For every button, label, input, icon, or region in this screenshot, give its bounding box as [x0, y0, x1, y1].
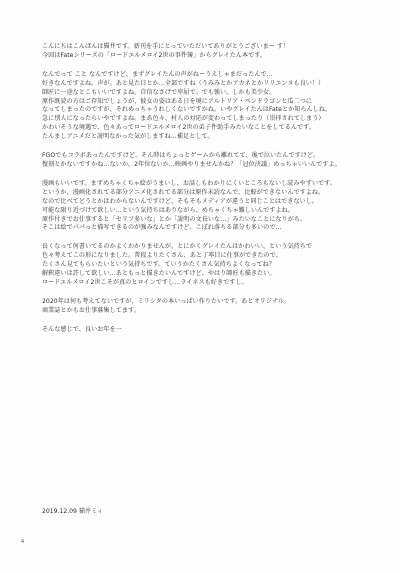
page-number: 4 [21, 539, 24, 545]
text-line: 解釈違いは許して欲しい…あともっと描きたいんですけど、やはり師匠も描きたい。 [42, 270, 382, 279]
text-line: 長くなって何書いてるのかよくわかりませんが、とにかくグレイたんはかわいい、という… [42, 243, 382, 252]
text-line: 2020年は何も考えてないですが、ミリシタの本いっぱい作りたいです。あとオリジナ… [42, 298, 382, 307]
text-line: 師匠に一途なとこもいいですよね。自信なさげで卑屈で。でも強い。しかも美少女。 [42, 89, 382, 98]
text-line: 急に別人になったらいやですよね。まあ色々、村人の対応が変わってしまったり（崇拝さ… [42, 115, 382, 124]
text-line: 復刻とかないですかね…ないか。2年位ないか…映画やりませんかね？「冠位決議」めっ… [42, 161, 382, 170]
text-line: 今回はFateシリーズの「ロードエルメロイ2世の事件簿」からグレイたん本です。 [42, 52, 382, 61]
signature-date-author: 2019.12.09 猫井ミィ [42, 506, 103, 515]
text-line: 可能な限り近づけて欲しい…という気持ちはありながら、めちゃくちゃ難しいんですよね… [42, 207, 382, 216]
text-line: ロードエルメロイ2世こそが真のヒロインですし…ライネスも好きですし。 [42, 279, 382, 288]
text-line: なんでって こと なんですけど、まずグレイたんの声がねーうえしゃまだったんで… [42, 71, 382, 80]
text-line: こんにちはこんばんは猫井です。新刊を手にとっていただいてありがとうございまー す… [42, 43, 382, 52]
paragraph-greeting: こんにちはこんばんは猫井です。新刊を手にとっていただいてありがとうございまー す… [42, 43, 382, 61]
text-line: そこは絵でパパっと描写できるのが強みなんですけど、こぼれ落ちる部分も多いので… [42, 224, 382, 233]
text-line: 漫画もいいです。まずめちゃくちゃ絵がうまいし、お話しもわかりにくいところもないし… [42, 180, 382, 189]
paragraph-about-gray: なんでって こと なんですけど、まずグレイたんの声がねーうえしゃまだったんで… … [42, 71, 382, 142]
paragraph-thoughts: 長くなって何書いてるのかよくわかりませんが、とにかくグレイたんはかわいい、という… [42, 243, 382, 288]
text-line: かわいそうな境遇で、色々あってロードエルメロイ2世の弟子件助手みたいなことをして… [42, 124, 382, 133]
text-line: たんましアニメだと説明なかった気がしますね…補足として。 [42, 133, 382, 142]
text-line: 商業誌とかもお仕事募集してます。 [42, 307, 382, 316]
text-line: たくさん見てもらいたいという気持ちです。ていうかたくさん気持ちよくなってね？ [42, 261, 382, 270]
afterword-body: こんにちはこんばんは猫井です。新刊を手にとっていただいてありがとうございまー す… [42, 43, 382, 345]
text-line: というか、漫画化されてる部分アニメ化されてる部分は原作未読なんで、比較ができない… [42, 189, 382, 198]
text-line: なってしまったのですが、それめっちゃうれしくないですかね。いやグレイたんはFat… [42, 106, 382, 115]
paragraph-closing: そんな感じで、良いお年を一 [42, 326, 382, 335]
paragraph-fgo: FGOでもコラボあったんですけど、そん時はちょっとゲームから離れてて、後で泣いた… [42, 152, 382, 170]
document-page: こんにちはこんばんは猫井です。新刊を手にとっていただいてありがとうございまー す… [0, 0, 400, 573]
text-line: 好きなんですよね。声が。あと見た目とか…全部ですね（うみみとかアカネとかリリエン… [42, 80, 382, 89]
paragraph-manga: 漫画もいいです。まずめちゃくちゃ絵がうまいし、お話しもわかりにくいところもないし… [42, 180, 382, 233]
paragraph-2020-plans: 2020年は何も考えてないですが、ミリシタの本いっぱい作りたいです。あとオリジナ… [42, 298, 382, 316]
text-line: そんな感じで、良いお年を一 [42, 326, 382, 335]
text-line: 色々考えてこの形になりました。普段よりたくさん、あと丁寧目に仕事ができたので、 [42, 252, 382, 261]
text-line: なので比べてどうとかはわからないんですけど、そもそもメディアが違うと同じことはで… [42, 198, 382, 207]
text-line: FGOでもコラボあったんですけど、そん時はちょっとゲームから離れてて、後で泣いた… [42, 152, 382, 161]
